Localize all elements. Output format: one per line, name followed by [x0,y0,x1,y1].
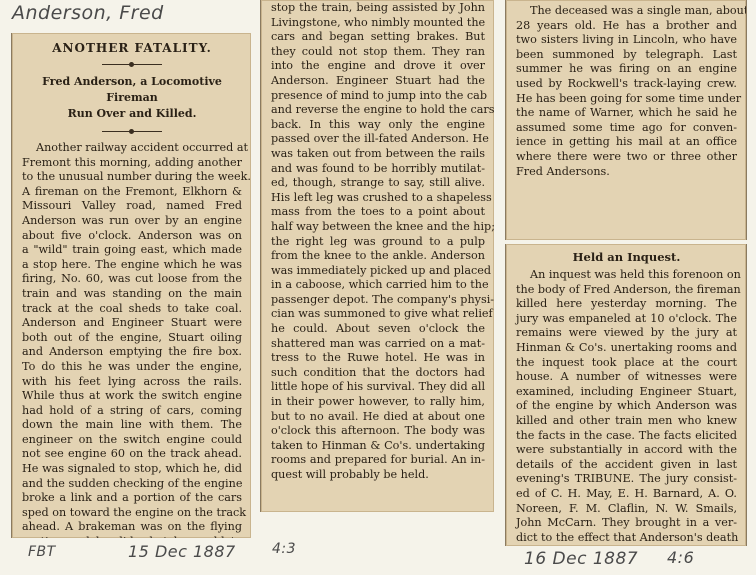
text-line: in their power however, to rally him, [271,395,485,410]
text-line: mass from the toes to a point about [271,205,485,220]
text-line: train and was standing on the main [22,287,242,302]
text-line: the right leg was ground to a pulp [271,235,485,250]
text-line: shattered man was carried on a mat- [271,337,485,352]
text-line: had hold of a string of cars, coming [22,404,242,419]
text-line: the facts in the case. The facts elicite… [516,429,737,444]
text-line: jury was empaneled at 10 o'clock. The [516,312,737,327]
text-line: was caused from purely accidental cir- [516,545,737,546]
article-column-3: The deceased was a single man, about28 y… [516,4,737,179]
text-line: Hinman & Co's. unertaking rooms and [516,341,737,356]
text-line: they could not stop them. They ran [271,45,485,60]
text-line: Another railway accident occurred at [22,141,242,156]
text-line: in a caboose, which carried him to the [271,278,485,293]
handwritten-name-label: Anderson, Fred [12,2,164,24]
text-line: cian was summoned to give what relief [271,307,485,322]
text-line: section and he did what he could to [22,535,242,538]
text-line: track at the coal sheds to take coal. [22,302,242,317]
text-line: presence of mind to jump into the cab [271,89,485,104]
handwritten-date-2: 16 Dec 1887 [524,549,638,569]
text-line: The deceased was a single man, about [516,4,737,19]
text-line: His left leg was crushed to a shapeless [271,191,485,206]
text-line: broke a link and a portion of the cars [22,491,242,506]
article-headline: ANOTHER FATALITY. [22,41,242,55]
text-line: An inquest was held this forenoon on [516,268,737,283]
clipping-article-part-2: stop the train, being assisted by JohnLi… [260,0,494,512]
text-line: and the sudden checking of the engine [22,477,242,492]
text-line: ed, though, strange to say, still alive. [271,176,485,191]
text-line: into the engine and drove it over [271,59,485,74]
text-line: rooms and prepared for burial. An in- [271,453,485,468]
text-line: To do this he was under the engine, [22,360,242,375]
text-line: Anderson and Engineer Stuart were [22,316,242,331]
text-line: two sisters living in Lincoln, who have [516,33,737,48]
text-line: the inquest took place at the court [516,356,737,371]
article-subheadline-2: Run Over and Killed. [22,106,242,122]
clipping-inquest: Held an Inquest. An inquest was held thi… [505,244,747,546]
text-line: about five o'clock. Anderson was on [22,229,242,244]
clipping-article-part-1: ANOTHER FATALITY. Fred Anderson, a Locom… [11,33,251,538]
text-line: and was found to be horribly mutilat- [271,162,485,177]
text-line: been summoned by telegraph. Last [516,48,737,63]
text-line: killed and other train men who knew [516,414,737,429]
text-line: evening's TRIBUNE. The jury consist- [516,472,737,487]
text-line: ience in getting his mail at an office [516,135,737,150]
text-line: from the knee to the ankle. Anderson [271,249,485,264]
text-line: Missouri Valley road, named Fred [22,199,242,214]
text-line: While thus at work the switch engine [22,389,242,404]
text-line: to the unusual number during the week. [22,170,242,185]
text-line: 28 years old. He has a brother and [516,19,737,34]
text-line: firing, No. 60, was cut loose from the [22,272,242,287]
text-line: little hope of his survival. They did al… [271,380,485,395]
text-line: killed here yesterday morning. The [516,297,737,312]
text-line: the name of Warner, which he said he [516,106,737,121]
text-line: Anderson was run over by an engine [22,214,242,229]
text-line: John McCarn. They brought in a ver- [516,516,737,531]
text-line: house. A number of witnesses were [516,370,737,385]
handwritten-page-1: 4:3 [272,541,296,557]
text-line: He was signaled to stop, which he, did [22,462,242,477]
text-line: he could. About seven o'clock the [271,322,485,337]
text-line: down the main line with them. The [22,418,242,433]
text-line: Fred Andersons. [516,165,737,180]
text-line: summer he was firing on an engine [516,62,737,77]
text-line: passenger depot. The company's physi- [271,293,485,308]
text-line: examined, including Engineer Stuart, [516,385,737,400]
text-line: ahead. A brakeman was on the flying [22,520,242,535]
text-line: details of the accident given in last [516,458,737,473]
text-line: engineer on the switch engine could [22,433,242,448]
article-column-2: stop the train, being assisted by JohnLi… [271,1,485,483]
divider-rule [102,64,162,65]
handwritten-date-1: 15 Dec 1887 [128,542,236,561]
text-line: quest will probably be held. [271,468,485,483]
divider-rule [102,131,162,132]
text-line: and reverse the engine to hold the cars [271,103,485,118]
text-line: Noreen, F. M. Claflin, N. W. Smails, [516,502,737,517]
text-line: both out of the engine, Stuart oiling [22,331,242,346]
text-line: remains were viewed by the jury at [516,326,737,341]
text-line: ed of C. H. May, E. H. Barnard, A. O. [516,487,737,502]
text-line: and Anderson emptying the fire box. [22,345,242,360]
handwritten-page-2: 4:6 [667,548,694,567]
inquest-headline: Held an Inquest. [516,250,737,264]
text-line: Livingstone, who nimbly mounted the [271,16,485,31]
text-line: cars and began setting brakes. But [271,30,485,45]
text-line: A fireman on the Fremont, Elkhorn & [22,185,242,200]
text-line: were substantially in accord with the [516,443,737,458]
handwritten-source-label: FBT [28,544,56,560]
text-line: half way between the knee and the hip; [271,220,485,235]
text-line: the body of Fred Anderson, the fireman [516,283,737,298]
text-line: where there were two or three other [516,150,737,165]
text-line: such condition that the doctors had [271,366,485,381]
text-line: a stop here. The engine which he was [22,258,242,273]
text-line: of the engine by which Anderson was [516,399,737,414]
article-column-1: Another railway accident occurred atFrem… [22,141,242,538]
text-line: assumed some time ago for conven- [516,121,737,136]
text-line: back. In this way only the engine [271,118,485,133]
text-line: o'clock this afternoon. The body was [271,424,485,439]
text-line: Fremont this morning, adding another [22,156,242,171]
text-line: passed over the ill-fated Anderson. He [271,132,485,147]
text-line: stop the train, being assisted by John [271,1,485,16]
text-line: a "wild" train going east, which made [22,243,242,258]
text-line: used by Rockwell's track-laying crew. [516,77,737,92]
text-line: sped on toward the engine on the track [22,506,242,521]
text-line: taken to Hinman & Co's. undertaking [271,439,485,454]
text-line: not see engine 60 on the track ahead. [22,447,242,462]
article-subheadline-1: Fred Anderson, a Locomotive Fireman [22,74,242,106]
text-line: He has been going for some time under [516,92,737,107]
clipping-article-part-3: The deceased was a single man, about28 y… [505,0,747,240]
text-line: with his feet lying across the rails. [22,375,242,390]
text-line: was immediately picked up and placed [271,264,485,279]
text-line: tress to the Ruwe hotel. He was in [271,351,485,366]
text-line: was taken out from between the rails [271,147,485,162]
inquest-column: An inquest was held this forenoon onthe … [516,268,737,546]
text-line: but to no avail. He died at about one [271,410,485,425]
text-line: Anderson. Engineer Stuart had the [271,74,485,89]
text-line: dict to the effect that Anderson's death [516,531,737,546]
